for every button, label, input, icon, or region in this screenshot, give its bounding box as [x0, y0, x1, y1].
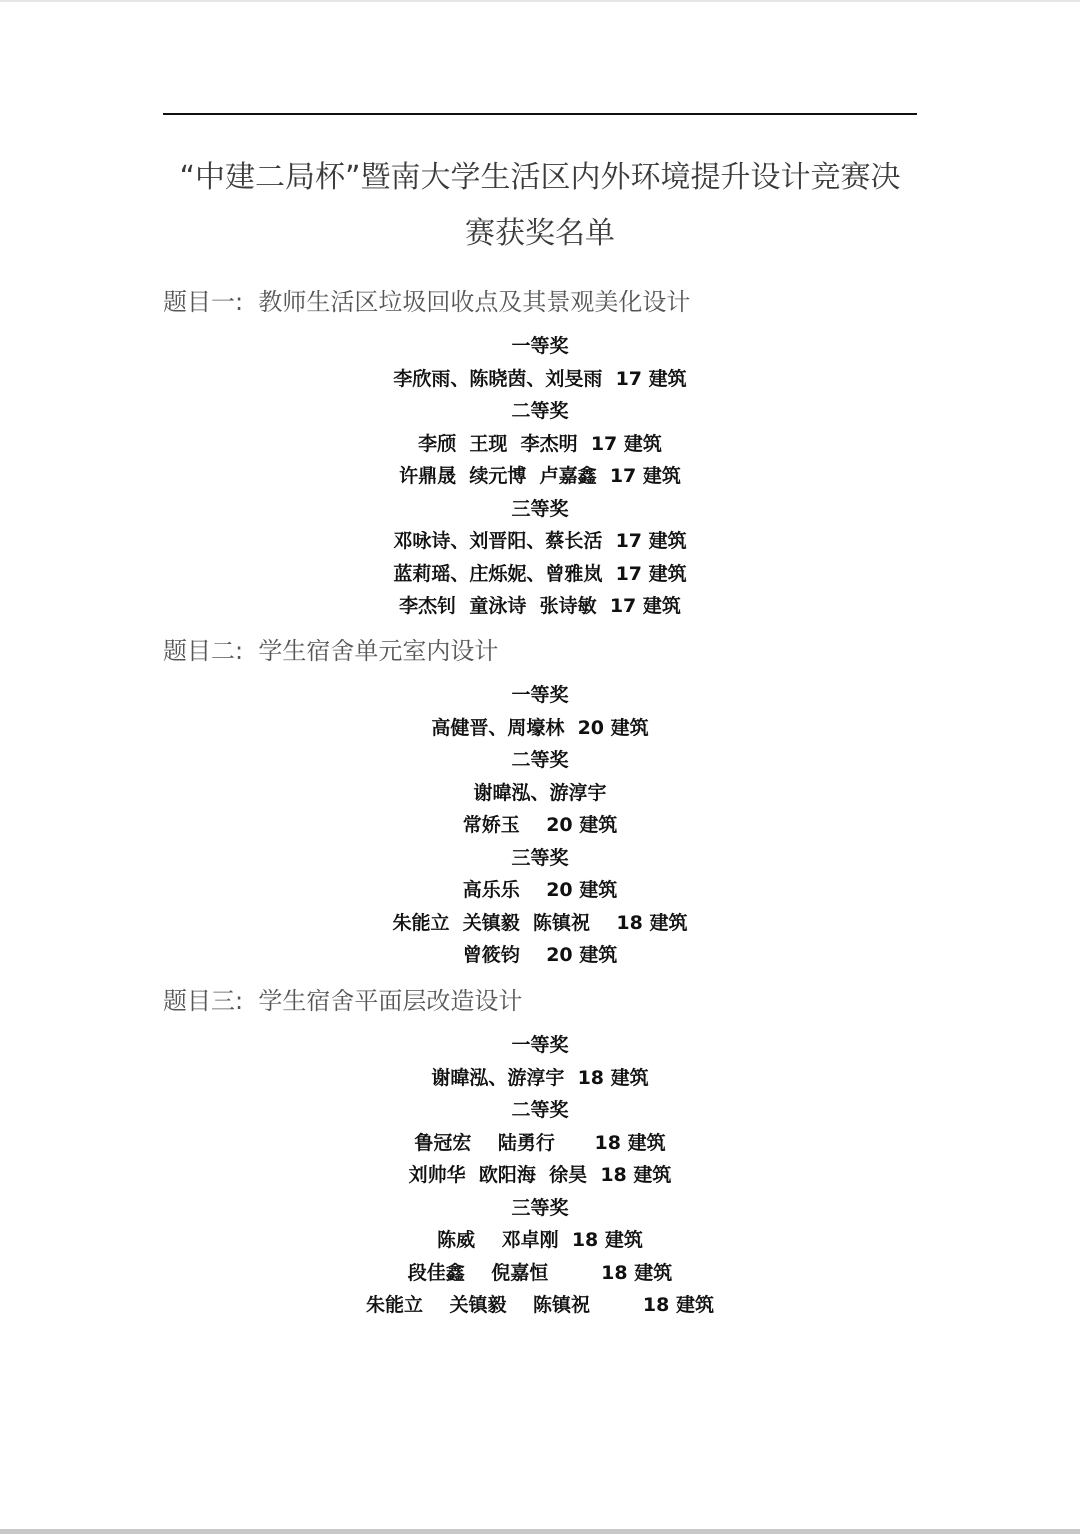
- section-2-topic: 题目二: 学生宿舍单元室内设计: [163, 635, 917, 667]
- section-1-topic: 题目一: 教师生活区垃圾回收点及其景观美化设计: [163, 286, 917, 318]
- winner-entry: 段佳鑫 倪嘉恒 18 建筑: [163, 1257, 917, 1290]
- winner-entry: 邓咏诗、刘晋阳、蔡长活 17 建筑: [163, 525, 917, 558]
- winner-entry: 蓝莉瑶、庄烁妮、曾雅岚 17 建筑: [163, 558, 917, 591]
- winner-entry: 鲁冠宏 陆勇行 18 建筑: [163, 1127, 917, 1160]
- section-3-awards: 一等奖 谢暐泓、游淳宇 18 建筑 二等奖 鲁冠宏 陆勇行 18 建筑 刘帅华 …: [163, 1029, 917, 1322]
- document-title-line-1: “中建二局杯”暨南大学生活区内外环境提升设计竞赛决: [163, 150, 917, 206]
- award-level: 一等奖: [163, 1029, 917, 1062]
- winner-entry: 谢暐泓、游淳宇: [163, 777, 917, 810]
- winner-entry: 刘帅华 欧阳海 徐昊 18 建筑: [163, 1159, 917, 1192]
- document-title-line-2: 赛获奖名单: [163, 206, 917, 262]
- section-3-topic: 题目三: 学生宿舍平面层改造设计: [163, 985, 917, 1017]
- section-1-awards: 一等奖 李欣雨、陈晓茵、刘旻雨 17 建筑 二等奖 李颀 王现 李杰明 17 建…: [163, 330, 917, 623]
- winner-entry: 朱能立 关镇毅 陈镇祝 18 建筑: [163, 1289, 917, 1322]
- award-level: 一等奖: [163, 330, 917, 363]
- winner-entry: 曾筱钧 20 建筑: [163, 939, 917, 972]
- winner-entry: 高健晋、周壕林 20 建筑: [163, 712, 917, 745]
- award-level: 一等奖: [163, 679, 917, 712]
- winner-entry: 朱能立 关镇毅 陈镇祝 18 建筑: [163, 907, 917, 940]
- winner-entry: 谢暐泓、游淳宇 18 建筑: [163, 1062, 917, 1095]
- award-level: 三等奖: [163, 493, 917, 526]
- section-2-awards: 一等奖 高健晋、周壕林 20 建筑 二等奖 谢暐泓、游淳宇 常娇玉 20 建筑 …: [163, 679, 917, 972]
- winner-entry: 高乐乐 20 建筑: [163, 874, 917, 907]
- winner-entry: 许鼎晟 续元博 卢嘉鑫 17 建筑: [163, 460, 917, 493]
- award-level: 三等奖: [163, 842, 917, 875]
- header-rule: [163, 113, 917, 115]
- winner-entry: 李欣雨、陈晓茵、刘旻雨 17 建筑: [163, 363, 917, 396]
- page-top-edge: [0, 0, 1080, 2]
- document-title: “中建二局杯”暨南大学生活区内外环境提升设计竞赛决 赛获奖名单: [163, 150, 917, 262]
- award-level: 二等奖: [163, 744, 917, 777]
- winner-entry: 李颀 王现 李杰明 17 建筑: [163, 428, 917, 461]
- winner-entry: 李杰钊 童泳诗 张诗敏 17 建筑: [163, 590, 917, 623]
- winner-entry: 常娇玉 20 建筑: [163, 809, 917, 842]
- award-level: 三等奖: [163, 1192, 917, 1225]
- winner-entry: 陈威 邓卓刚 18 建筑: [163, 1224, 917, 1257]
- award-level: 二等奖: [163, 1094, 917, 1127]
- award-level: 二等奖: [163, 395, 917, 428]
- page-bottom-edge: [0, 1529, 1080, 1534]
